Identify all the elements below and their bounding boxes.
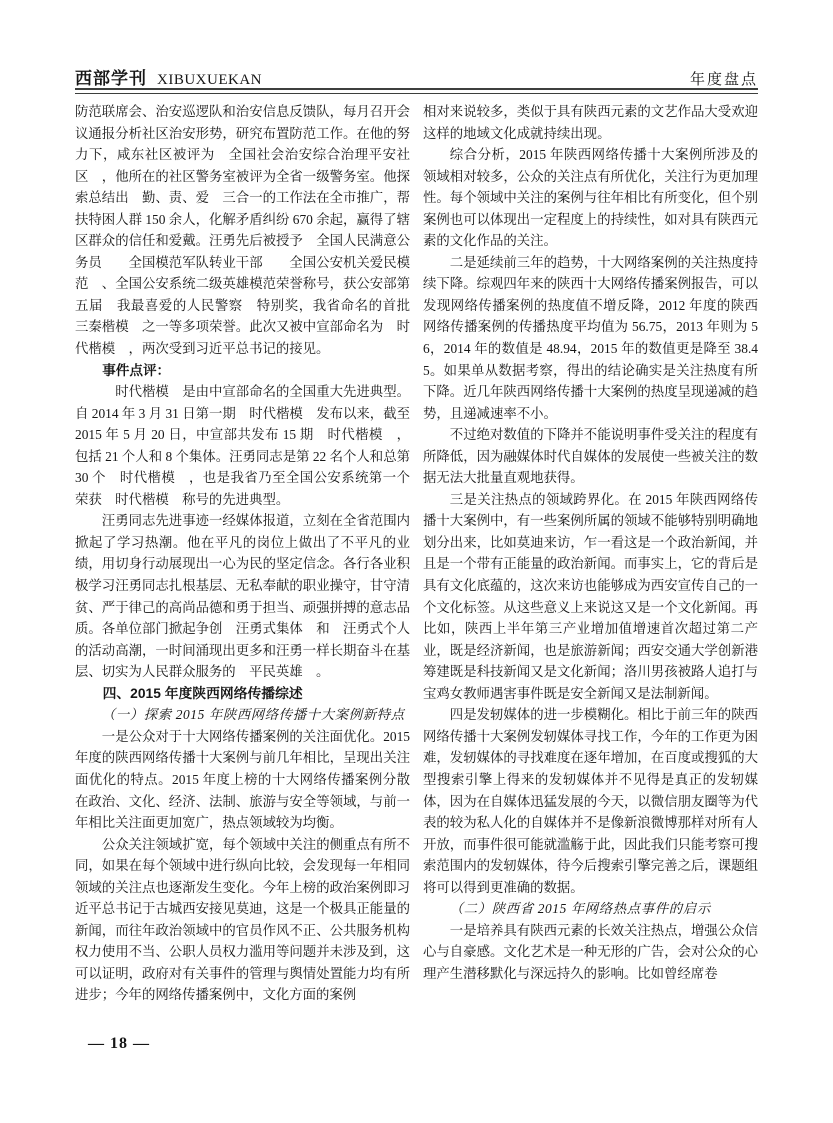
subsection-heading: （二）陕西省 2015 年网络热点事件的启示 <box>423 898 758 920</box>
paragraph: 时代楷模 是由中宣部命名的全国重大先进典型。自 2014 年 3 月 31 日第… <box>75 381 410 510</box>
paragraph: 一是培养具有陕西元素的长效关注热点，增强公众信心与自豪感。文化艺术是一种无形的广… <box>423 920 758 985</box>
paragraph: 综合分析，2015 年陕西网络传播十大案例所涉及的领域相对较多，公众的关注点有所… <box>423 144 758 252</box>
column-left: 防范联席会、治安巡逻队和治安信息反馈队，每月召开会议通报分析社区治安形势，研究布… <box>75 101 410 1013</box>
journal-name: 西部学刊 <box>75 69 147 88</box>
paragraph: 二是延续前三年的趋势，十大网络案例的关注热度持续下降。综观四年来的陕西十大网络传… <box>423 252 758 424</box>
paragraph: 汪勇同志先进事迹一经媒体报道，立刻在全省范围内掀起了学习热潮。他在平凡的岗位上做… <box>75 510 410 682</box>
paragraph: 一是公众对于十大网络传播案例的关注面优化。2015 年度的陕西网络传播十大案例与… <box>75 726 410 834</box>
paragraph: 公众关注领域扩宽，每个领域中关注的侧重点有所不同，如果在每个领域中进行纵向比较，… <box>75 834 410 1006</box>
paragraph: 三是关注热点的领域跨界化。在 2015 年陕西网络传播十大案例中，有一些案例所属… <box>423 489 758 704</box>
subsection-heading: （一）探索 2015 年陕西网络传播十大案例新特点 <box>75 704 410 726</box>
header-double-rule <box>75 88 758 94</box>
paragraph: 四是发轫媒体的进一步模糊化。相比于前三年的陕西网络传播十大案例发轫媒体寻找工作，… <box>423 704 758 898</box>
comment-label: 事件点评： <box>75 360 410 382</box>
journal-title-group: 西部学刊XIBUXUEKAN <box>75 64 262 89</box>
journal-name-en: XIBUXUEKAN <box>157 72 262 88</box>
paragraph: 相对来说较多，类似于具有陕西元素的文艺作品大受欢迎这样的地域文化成就持续出现。 <box>423 101 758 144</box>
section-heading: 四、2015 年度陕西网络传播综述 <box>75 683 410 705</box>
paragraph: 防范联席会、治安巡逻队和治安信息反馈队，每月召开会议通报分析社区治安形势，研究布… <box>75 101 410 360</box>
section-label: 年度盘点 <box>690 68 758 89</box>
journal-page: 西部学刊XIBUXUEKAN 年度盘点 防范联席会、治安巡逻队和治安信息反馈队，… <box>0 0 833 1123</box>
page-header: 西部学刊XIBUXUEKAN 年度盘点 <box>75 64 758 89</box>
article-body: 防范联席会、治安巡逻队和治安信息反馈队，每月召开会议通报分析社区治安形势，研究布… <box>75 101 758 1013</box>
paragraph: 不过绝对数值的下降并不能说明事件受关注的程度有所降低，因为融媒体时代自媒体的发展… <box>423 424 758 489</box>
page-number: — 18 — <box>88 1035 150 1053</box>
column-right: 相对来说较多，类似于具有陕西元素的文艺作品大受欢迎这样的地域文化成就持续出现。综… <box>423 101 758 1013</box>
